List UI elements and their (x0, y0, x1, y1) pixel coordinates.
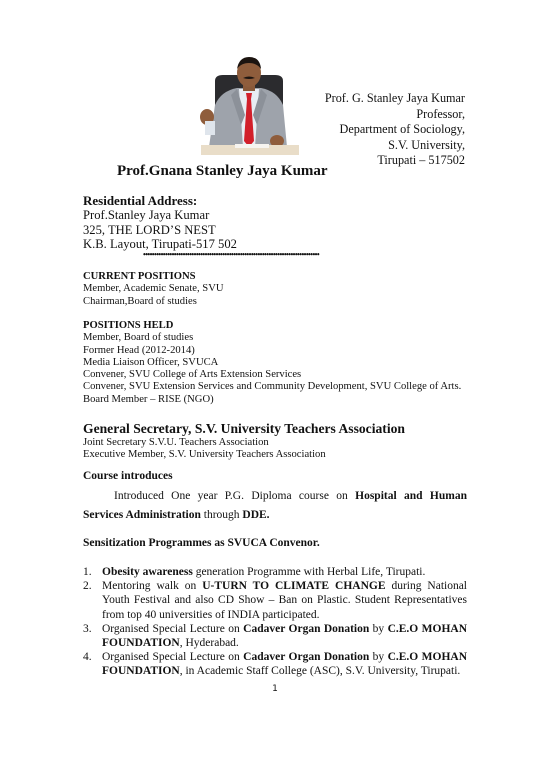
list-item: Media Liaison Officer, SVUCA (83, 357, 461, 369)
course-provider: DDE. (242, 509, 269, 521)
list-item: Member, Board of studies (83, 332, 461, 344)
list-item: Member, Academic Senate, SVU (83, 283, 224, 295)
contact-title: Professor, (325, 107, 465, 123)
item-text: , in Academic Staff College (ASC), S.V. … (180, 665, 461, 677)
sensitization-list: 1.Obesity awareness generation Programme… (83, 565, 467, 679)
list-item: 3.Organised Special Lecture on Cadaver O… (83, 622, 467, 650)
list-item: Chairman,Board of studies (83, 296, 224, 308)
item-text: , Hyderabad. (180, 637, 239, 649)
item-text: by (369, 623, 387, 635)
course-heading: Course introduces (83, 469, 173, 484)
list-number: 2. (83, 579, 92, 593)
list-item: Board Member – RISE (NGO) (83, 394, 461, 406)
contact-department: Department of Sociology, (325, 122, 465, 138)
list-number: 4. (83, 650, 92, 664)
address-heading: Residential Address: (83, 193, 237, 208)
course-paragraph: Introduced One year P.G. Diploma course … (83, 487, 467, 525)
contact-university: S.V. University, (325, 138, 465, 154)
item-text: Mentoring walk on (102, 580, 202, 592)
section-heading: General Secretary, S.V. University Teach… (83, 421, 405, 437)
list-item: 1.Obesity awareness generation Programme… (83, 565, 467, 579)
emphasis: U-TURN TO CLIMATE CHANGE (202, 580, 385, 592)
course-text: Introduced One year P.G. Diploma course … (114, 490, 355, 502)
association-section: General Secretary, S.V. University Teach… (83, 421, 405, 462)
item-text: Organised Special Lecture on (102, 623, 243, 635)
emphasis: Cadaver Organ Donation (243, 623, 369, 635)
list-item: Joint Secretary S.V.U. Teachers Associat… (83, 437, 405, 449)
contact-city: Tirupati – 517502 (325, 153, 465, 169)
list-item: 2.Mentoring walk on U-TURN TO CLIMATE CH… (83, 579, 467, 622)
list-item: Convener, SVU Extension Services and Com… (83, 381, 461, 393)
section-heading: Course introduces (83, 470, 173, 482)
contact-block: Prof. G. Stanley Jaya Kumar Professor, D… (325, 91, 465, 169)
dotted-divider: ••••••••••••••••••••••••••••••••••••••••… (143, 252, 415, 258)
address-line: K.B. Layout, Tirupati-517 502 (83, 237, 237, 252)
list-number: 3. (83, 622, 92, 636)
item-text: by (369, 651, 387, 663)
section-heading: Sensitization Programmes as SVUCA Conven… (83, 537, 320, 549)
item-text: Organised Special Lecture on (102, 651, 243, 663)
emphasis: Cadaver Organ Donation (243, 651, 369, 663)
portrait-photo (195, 55, 303, 157)
list-item: Former Head (2012-2014) (83, 345, 461, 357)
sensitization-heading-wrap: Sensitization Programmes as SVUCA Conven… (83, 536, 320, 551)
list-item: Executive Member, S.V. University Teache… (83, 449, 405, 461)
item-text: generation Programme with Herbal Life, T… (193, 566, 426, 578)
list-number: 1. (83, 565, 92, 579)
residential-address: Residential Address: Prof.Stanley Jaya K… (83, 193, 237, 252)
list-item: Convener, SVU College of Arts Extension … (83, 369, 461, 381)
section-heading: POSITIONS HELD (83, 320, 461, 332)
emphasis: Obesity awareness (102, 566, 193, 578)
page-number: 1 (0, 684, 550, 694)
positions-held-section: POSITIONS HELD Member, Board of studies … (83, 320, 461, 406)
contact-name: Prof. G. Stanley Jaya Kumar (325, 91, 465, 107)
address-line: Prof.Stanley Jaya Kumar (83, 208, 237, 223)
document-page: Prof. G. Stanley Jaya Kumar Professor, D… (0, 0, 550, 777)
list-item: 4.Organised Special Lecture on Cadaver O… (83, 650, 467, 678)
course-text: through (201, 509, 243, 521)
address-line: 325, THE LORD’S NEST (83, 223, 237, 238)
current-positions-section: CURRENT POSITIONS Member, Academic Senat… (83, 271, 224, 308)
section-heading: CURRENT POSITIONS (83, 271, 224, 283)
page-title: Prof.Gnana Stanley Jaya Kumar (117, 163, 328, 180)
